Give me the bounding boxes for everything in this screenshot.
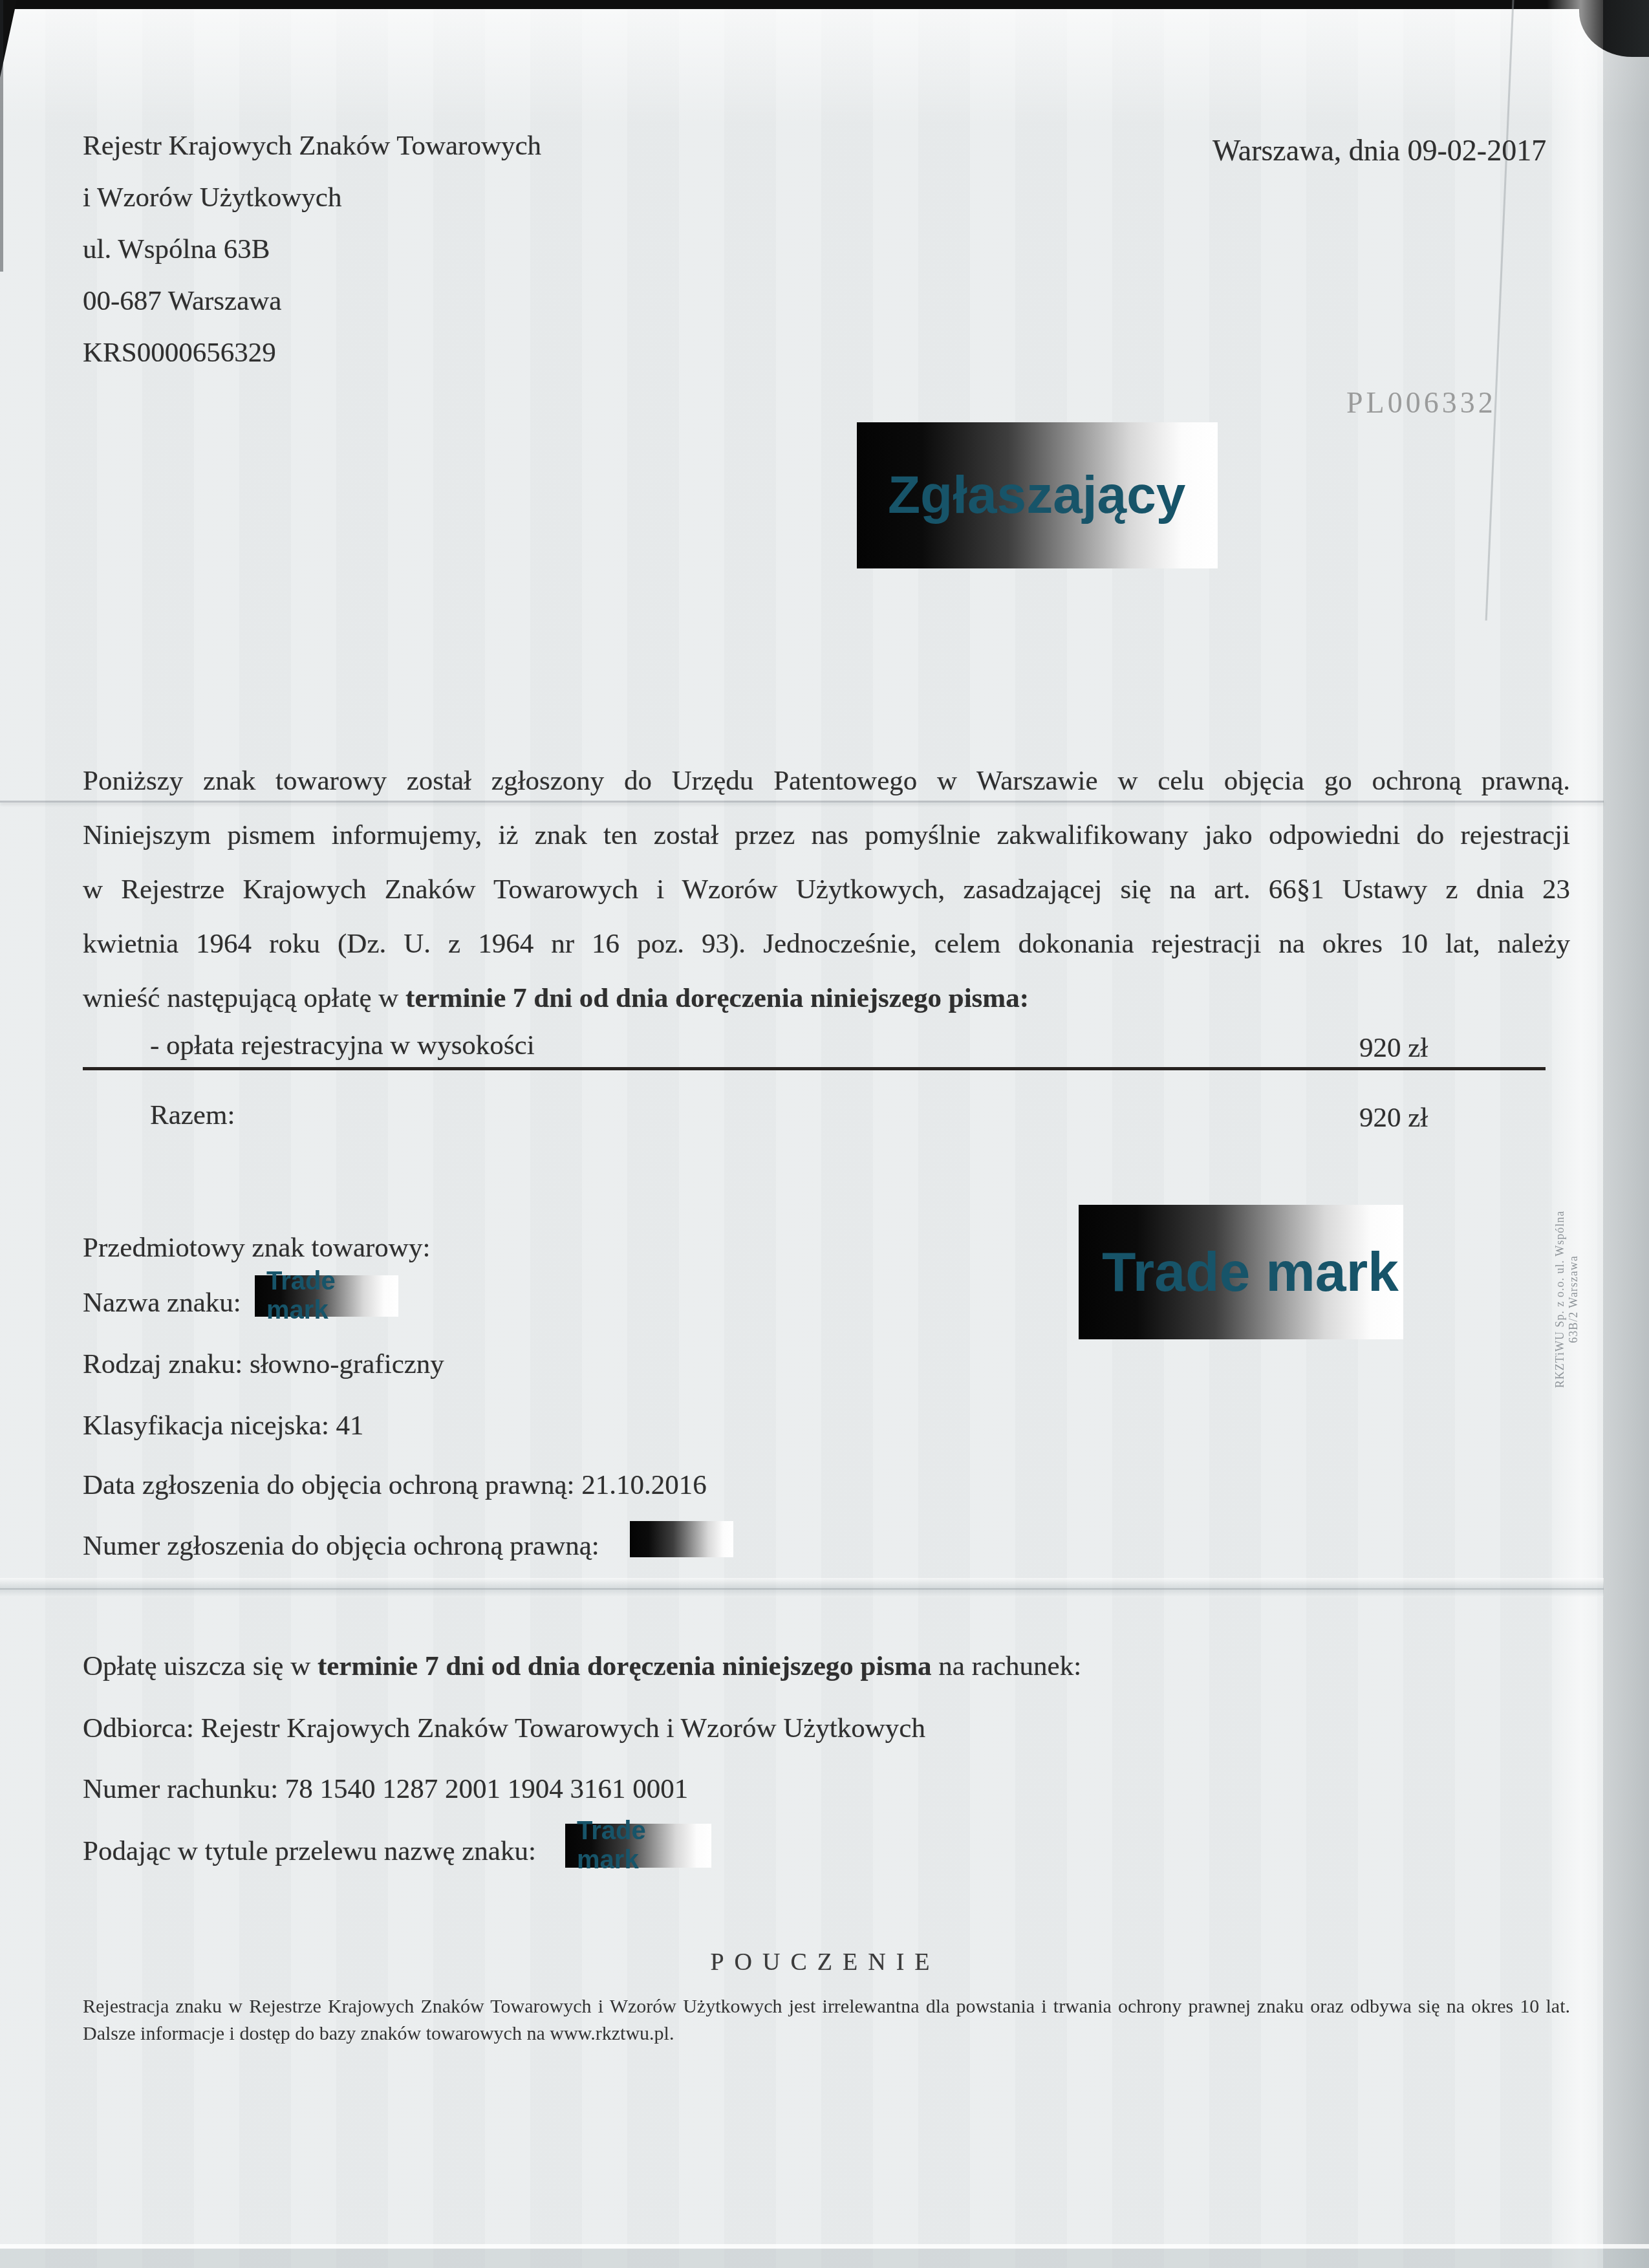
scan-top-highlight [0, 9, 1649, 125]
trademark-image-text: Trade mark [1102, 1240, 1399, 1304]
sender-address-block: Rejestr Krajowych Znaków Towarowych i Wz… [83, 120, 541, 379]
filing-number-redaction-box [630, 1521, 733, 1557]
filing-number-label: Numer zgłoszenia do objęcia ochroną praw… [83, 1530, 599, 1562]
nice-classification-line: Klasyfikacja nicejska: 41 [83, 1410, 364, 1442]
sender-krs-number: KRS0000656329 [83, 327, 541, 379]
scan-bottom-highlight [0, 2244, 1649, 2249]
sender-street: ul. Wspólna 63B [83, 224, 541, 275]
payment-intro-normal-1: Opłatę uiszcza się w [83, 1651, 318, 1681]
fee-item-amount: 920 zł [1359, 1032, 1428, 1064]
transfer-title-label: Podając w tytule przelewu nazwę znaku: [83, 1835, 536, 1867]
scanner-top-edge-shadow [0, 0, 1649, 9]
body-line-5-deadline-bold: terminie 7 dni od dnia doręczenia niniej… [405, 983, 1029, 1013]
fee-table-rule [83, 1067, 1546, 1070]
scan-bottom-shadow [0, 2249, 1649, 2268]
body-paragraph: Poniższy znak towarowy został zgłoszony … [83, 754, 1570, 1026]
filing-date-line: Data zgłoszenia do objęcia ochroną prawn… [83, 1469, 707, 1501]
body-line-5: wnieść następującą opłatę w terminie 7 d… [83, 971, 1570, 1026]
payment-intro-deadline-bold: terminie 7 dni od dnia doręczenia niniej… [318, 1651, 932, 1681]
reference-code: PL006332 [1346, 385, 1496, 420]
paper-fold-shadow-band [1603, 0, 1649, 2268]
paper-fold-line-lower [0, 1578, 1604, 1597]
paper-fold-highlight [1547, 0, 1603, 2268]
trademark-section-label: Przedmiotowy znak towarowy: [83, 1232, 430, 1264]
payment-intro-normal-2: na rachunek: [932, 1651, 1082, 1681]
side-margin-imprint: RKZTiWU Sp. z o.o. ul. Wspólna 63B/2 War… [1553, 1202, 1580, 1396]
notice-heading: POUCZENIE [83, 1948, 1568, 1976]
fee-total-amount: 920 zł [1359, 1102, 1428, 1134]
payment-account-number-line: Numer rachunku: 78 1540 1287 2001 1904 3… [83, 1773, 688, 1805]
fee-total-label: Razem: [150, 1099, 235, 1131]
paper-fold-line-lower-edge [0, 1588, 1604, 1590]
payment-intro-line: Opłatę uiszcza się w terminie 7 dni od d… [83, 1650, 1081, 1682]
transfer-title-text: Trade mark [577, 1817, 711, 1875]
scanned-letter-page: Rejestr Krajowych Znaków Towarowych i Wz… [0, 0, 1649, 2268]
scanner-left-edge-shadow [0, 0, 3, 272]
trademark-image-redaction-box: Trade mark [1079, 1205, 1403, 1339]
body-line-2: Niniejszym pismem informujemy, iż znak t… [83, 808, 1570, 863]
applicant-label: Zgłaszający [888, 465, 1185, 526]
fee-item-label: - opłata rejestracyjna w wysokości [150, 1030, 535, 1061]
body-line-4: kwietnia 1964 roku (Dz. U. z 1964 nr 16 … [83, 917, 1570, 971]
trademark-name-redaction-box: Trade mark [255, 1275, 398, 1317]
trademark-name-label: Nazwa znaku: [83, 1287, 241, 1319]
sender-name-line1: Rejestr Krajowych Znaków Towarowych [83, 120, 541, 172]
body-line-3: w Rejestrze Krajowych Znaków Towarowych … [83, 863, 1570, 917]
place-and-date: Warszawa, dnia 09-02-2017 [1212, 133, 1546, 167]
body-line-5-normal: wnieść następującą opłatę w [83, 983, 405, 1013]
payment-recipient-line: Odbiorca: Rejestr Krajowych Znaków Towar… [83, 1712, 925, 1744]
trademark-type-line: Rodzaj znaku: słowno-graficzny [83, 1348, 444, 1380]
transfer-title-redaction-box: Trade mark [565, 1824, 711, 1868]
body-line-1: Poniższy znak towarowy został zgłoszony … [83, 754, 1570, 808]
trademark-name-text: Trade mark [266, 1267, 398, 1325]
sender-city: 00-687 Warszawa [83, 275, 541, 327]
applicant-redaction-box: Zgłaszający [857, 422, 1218, 568]
notice-paragraph: Rejestracja znaku w Rejestrze Krajowych … [83, 1993, 1570, 2047]
sender-name-line2: i Wzorów Użytkowych [83, 172, 541, 224]
